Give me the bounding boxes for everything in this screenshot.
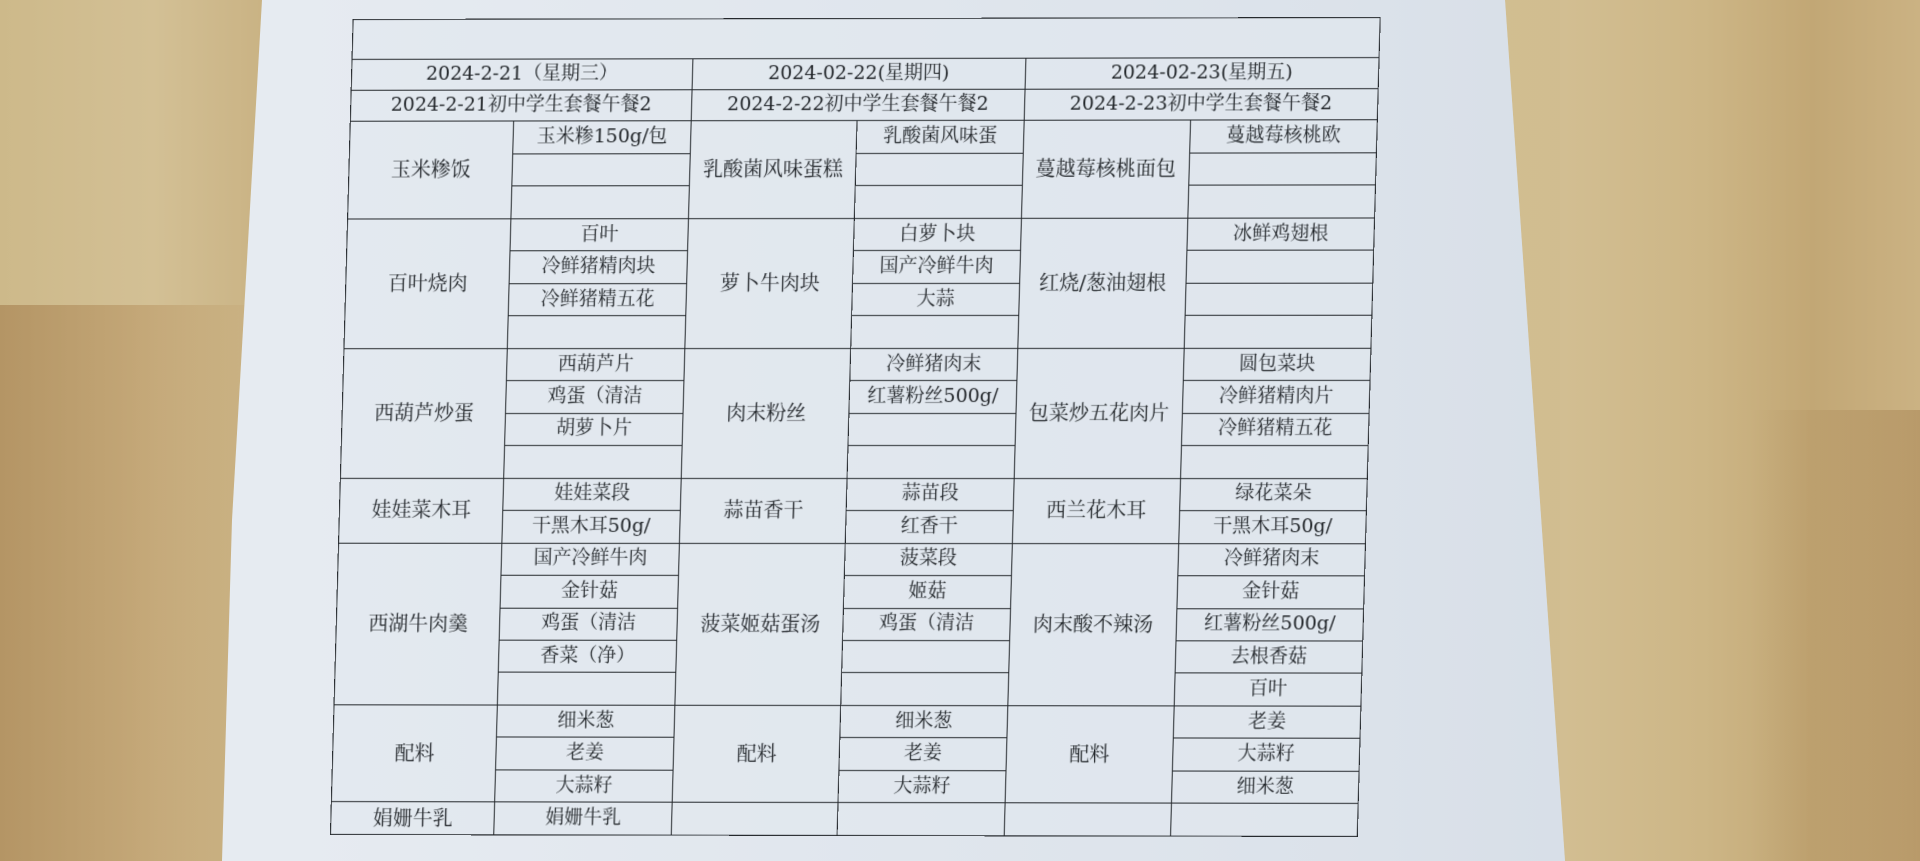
ingredient-cell <box>856 153 1023 186</box>
ingredient-cell: 国产冷鲜牛肉 <box>853 251 1020 284</box>
wood-table-stain-right <box>1750 410 1920 861</box>
dish-name-cell: 配料 <box>1005 706 1174 804</box>
dish-name-cell: 蔓越莓核桃面包 <box>1021 120 1190 218</box>
dish-name-cell: 配料 <box>672 705 841 803</box>
ingredient-cell: 菠菜段 <box>845 543 1012 576</box>
ingredient-cell: 细米葱 <box>497 705 675 738</box>
ingredient-cell <box>1185 283 1373 316</box>
ingredient-cell: 西葫芦片 <box>507 348 685 380</box>
lunch-menu-table: 2024-2-21（星期三） 2024-02-22(星期四) 2024-02-2… <box>330 17 1381 837</box>
dish-name-cell: 乳酸菌风味蛋糕 <box>688 121 857 219</box>
ingredient-cell: 老姜 <box>839 738 1006 771</box>
ingredient-cell: 蔓越莓核桃欧 <box>1190 120 1378 153</box>
ingredient-cell: 鸡蛋（清洁 <box>843 608 1010 641</box>
dish-name-cell: 西葫芦炒蛋 <box>340 348 507 478</box>
ingredient-cell <box>837 803 1004 836</box>
ingredient-cell <box>504 446 682 478</box>
dish-name-cell: 娟姗牛乳 <box>330 802 495 835</box>
ingredient-cell: 红香干 <box>846 511 1013 544</box>
ingredient-cell: 鸡蛋（清洁 <box>506 381 684 413</box>
dish-name-cell: 配料 <box>331 705 497 802</box>
dish-name-cell: 西湖牛肉羹 <box>334 543 502 705</box>
ingredient-cell <box>1181 446 1369 479</box>
dish-name-cell <box>1004 803 1172 836</box>
ingredient-cell <box>498 673 676 706</box>
ingredient-cell: 绿花菜朵 <box>1180 478 1368 511</box>
ingredient-cell: 姬菇 <box>844 576 1011 609</box>
dish-name-cell: 菠菜姬菇蛋汤 <box>675 543 846 705</box>
ingredient-cell <box>508 316 686 349</box>
ingredient-cell: 大蒜籽 <box>838 770 1005 803</box>
ingredient-cell: 乳酸菌风味蛋 <box>856 121 1023 154</box>
ingredient-cell <box>1186 250 1374 283</box>
ingredient-cell <box>512 154 690 187</box>
ingredient-cell: 红薯粉丝500g/ <box>1176 608 1364 641</box>
dish-name-cell: 西兰花木耳 <box>1012 478 1181 543</box>
ingredient-cell: 冷鲜猪精五花 <box>509 283 687 316</box>
ingredient-cell: 冷鲜猪精五花 <box>1182 413 1370 446</box>
ingredient-cell: 玉米糁150g/包 <box>513 121 691 154</box>
dish-name-cell: 玉米糁饭 <box>348 121 514 218</box>
meal-name-header: 2024-2-22初中学生套餐午餐2 <box>691 89 1025 121</box>
ingredient-cell: 百叶 <box>510 219 688 252</box>
ingredient-cell <box>848 413 1015 445</box>
table-row: 百叶烧肉百叶萝卜牛肉块白萝卜块红烧/葱油翅根冰鲜鸡翅根 <box>347 218 1375 251</box>
table-row: 西湖牛肉羹国产冷鲜牛肉菠菜姬菇蛋汤菠菜段肉末酸不辣汤冷鲜猪肉末 <box>338 543 1366 576</box>
ingredient-cell: 国产冷鲜牛肉 <box>501 543 679 576</box>
dish-name-cell: 红烧/葱油翅根 <box>1018 218 1188 348</box>
ingredient-cell <box>841 673 1008 706</box>
ingredient-cell: 老姜 <box>1173 706 1361 739</box>
ingredient-cell: 娟姗牛乳 <box>494 802 672 835</box>
ingredient-cell: 老姜 <box>496 737 674 770</box>
ingredient-cell <box>842 640 1009 673</box>
ingredient-cell: 大蒜籽 <box>1172 738 1360 771</box>
ingredient-cell: 干黑木耳50g/ <box>1179 511 1367 544</box>
ingredient-cell: 冷鲜猪精肉片 <box>1182 381 1370 414</box>
dish-name-cell: 娃娃菜木耳 <box>339 478 504 543</box>
dish-name-cell <box>671 803 838 836</box>
ingredient-cell: 金针菇 <box>1177 576 1365 609</box>
dish-name-cell: 萝卜牛肉块 <box>685 218 855 348</box>
ingredient-cell: 大蒜籽 <box>495 770 673 803</box>
ingredient-cell: 冷鲜猪肉末 <box>850 348 1017 381</box>
ingredient-cell <box>1188 185 1376 218</box>
dish-name-cell: 蒜苗香干 <box>679 478 847 543</box>
dish-name-cell: 包菜炒五花肉片 <box>1014 348 1184 478</box>
ingredient-cell <box>1189 153 1377 186</box>
ingredient-cell: 去根香菇 <box>1175 641 1363 674</box>
ingredient-cell: 百叶 <box>1174 673 1362 706</box>
meal-name-header: 2024-2-23初中学生套餐午餐2 <box>1024 89 1378 121</box>
dish-name-cell: 百叶烧肉 <box>344 219 511 349</box>
ingredient-cell: 蒜苗段 <box>846 478 1013 511</box>
ingredient-cell: 冷鲜猪肉末 <box>1178 543 1366 576</box>
wood-table-stain <box>0 305 250 861</box>
day-date-header: 2024-02-23(星期五) <box>1025 57 1379 89</box>
ingredient-cell <box>1171 803 1359 836</box>
ingredient-cell: 白萝卜块 <box>854 218 1021 251</box>
ingredient-cell <box>1184 316 1372 349</box>
table-row: 娟姗牛乳娟姗牛乳 <box>330 802 1358 837</box>
ingredient-cell: 大蒜 <box>852 283 1019 316</box>
table-row: 配料细米葱配料细米葱配料老姜 <box>333 705 1361 739</box>
day-date-header: 2024-02-22(星期四) <box>692 58 1026 90</box>
ingredient-cell: 干黑木耳50g/ <box>502 510 680 543</box>
ingredient-cell <box>511 186 689 219</box>
ingredient-cell: 香菜（净） <box>499 640 677 673</box>
ingredient-cell: 胡萝卜片 <box>505 413 683 445</box>
ingredient-cell: 圆包菜块 <box>1183 348 1371 381</box>
dish-name-cell: 肉末粉丝 <box>681 348 851 478</box>
table-row: 娃娃菜木耳娃娃菜段蒜苗香干蒜苗段西兰花木耳绿花菜朵 <box>339 478 1367 511</box>
table-title <box>352 17 1380 58</box>
ingredient-cell: 娃娃菜段 <box>503 478 681 510</box>
ingredient-cell: 鸡蛋（清洁 <box>499 608 677 641</box>
table-row: 西葫芦炒蛋西葫芦片肉末粉丝冷鲜猪肉末包菜炒五花肉片圆包菜块 <box>343 348 1371 381</box>
ingredient-cell: 冷鲜猪精肉块 <box>509 251 687 284</box>
ingredient-cell <box>847 446 1014 479</box>
dish-name-cell: 肉末酸不辣汤 <box>1008 543 1179 706</box>
ingredient-cell: 细米葱 <box>840 705 1007 738</box>
ingredient-cell <box>855 186 1022 219</box>
ingredient-cell: 红薯粉丝500g/ <box>849 381 1016 414</box>
ingredient-cell: 冰鲜鸡翅根 <box>1187 218 1375 251</box>
day-date-header: 2024-2-21（星期三） <box>351 58 693 90</box>
meal-name-header: 2024-2-21初中学生套餐午餐2 <box>350 90 692 122</box>
ingredient-cell: 金针菇 <box>500 575 678 608</box>
ingredient-cell <box>851 316 1018 349</box>
menu-sheet: 2024-2-21（星期三） 2024-02-22(星期四) 2024-02-2… <box>330 17 1381 837</box>
ingredient-cell: 细米葱 <box>1172 771 1360 804</box>
table-row: 玉米糁饭玉米糁150g/包乳酸菌风味蛋糕乳酸菌风味蛋蔓越莓核桃面包蔓越莓核桃欧 <box>349 120 1377 154</box>
